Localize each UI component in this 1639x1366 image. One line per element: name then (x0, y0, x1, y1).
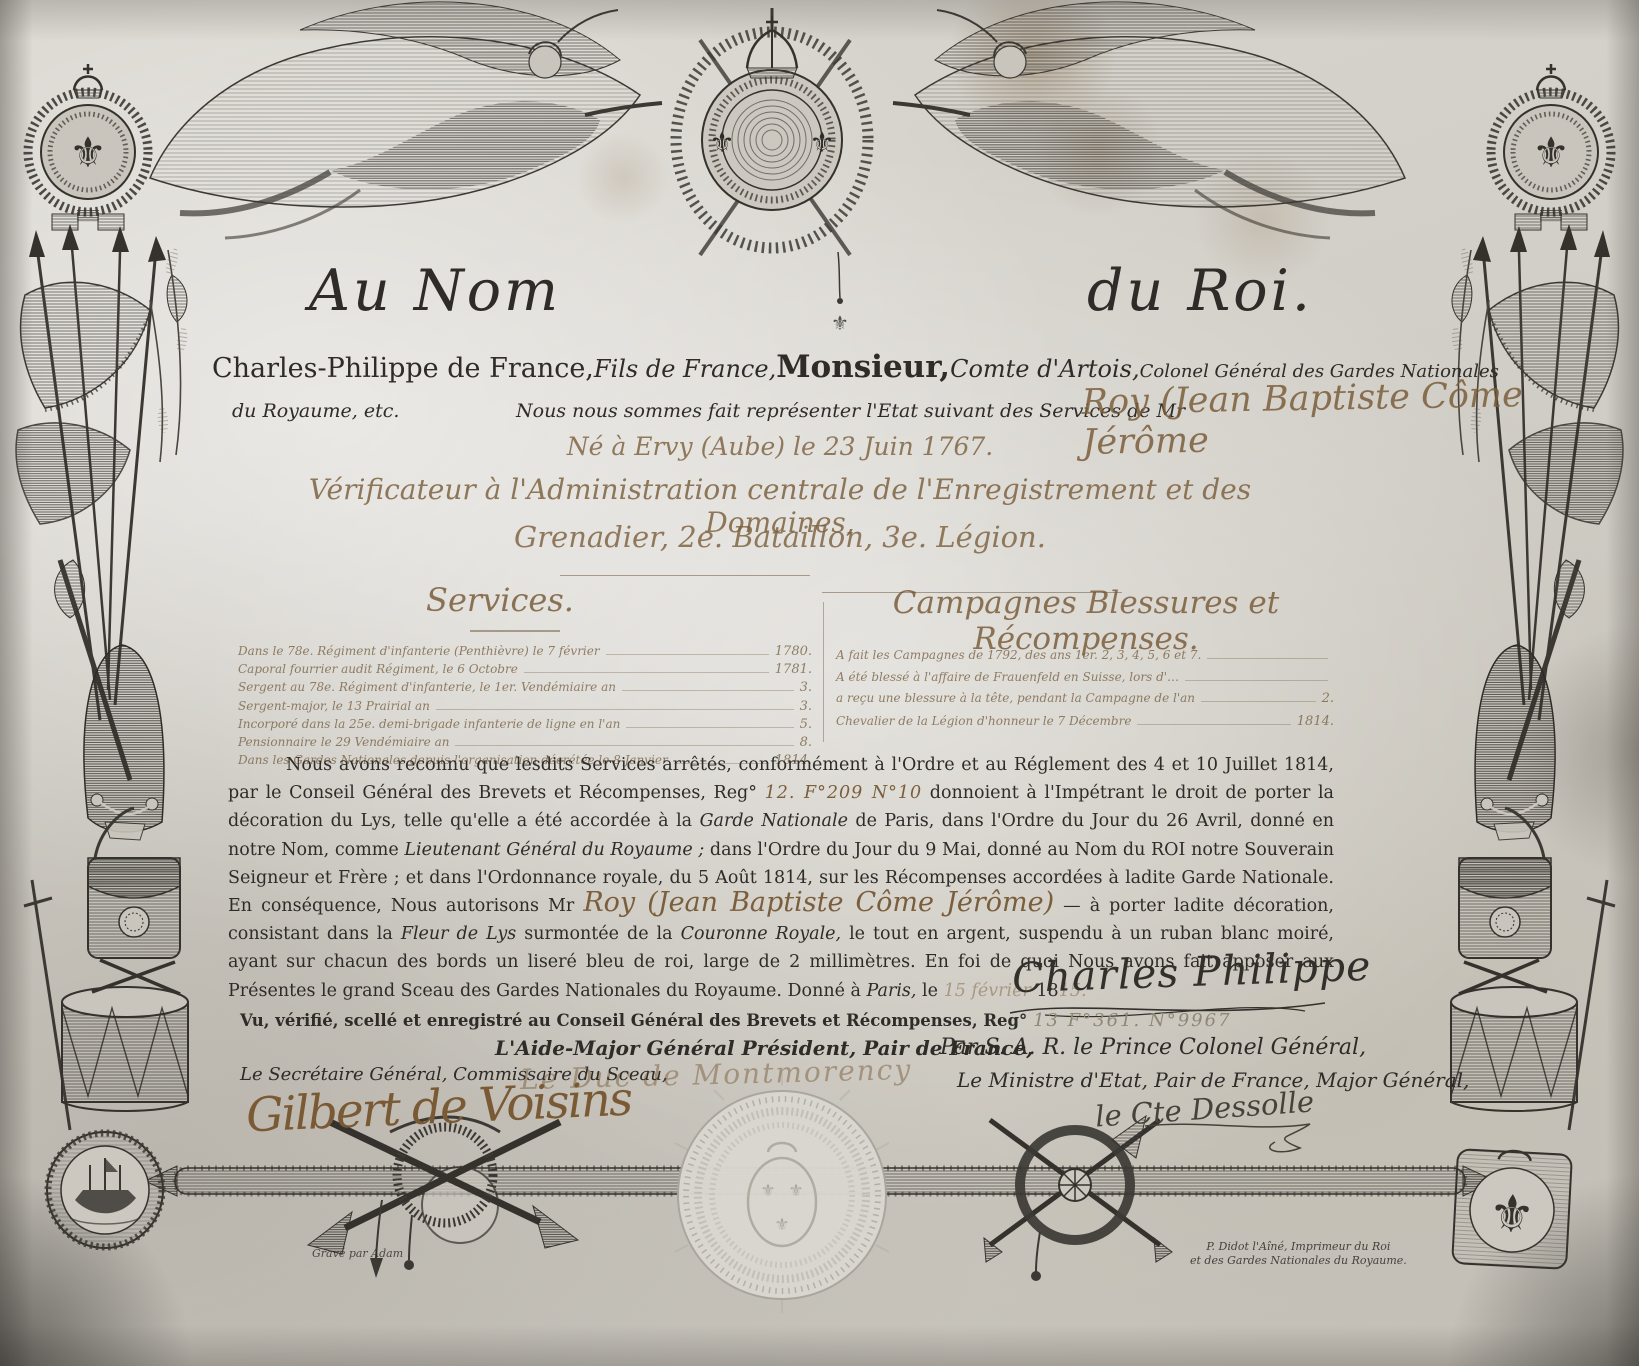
printer-credit-line2: et des Gardes Nationales du Royaume. (1190, 1254, 1407, 1268)
campaign-entry-text: A fait les Campagnes de 1792, des ans 1e… (836, 648, 1201, 662)
birth-line-handwritten: Né à Ervy (Aube) le 23 Juin 1767. (330, 432, 1230, 461)
recipient-name-inline-handwritten: Roy (Jean Baptiste Côme Jérôme) (583, 887, 1054, 918)
body-text: surmontée de la (516, 924, 680, 944)
service-entry-value: 3. (800, 680, 812, 695)
grantor-comte-artois: Comte d'Artois, (950, 355, 1140, 383)
service-entry-value: 5. (800, 717, 812, 732)
body-text-italic: Fleur de Lys (401, 924, 516, 944)
body-text: le (916, 981, 943, 1001)
certificate-document: ⚜ (0, 0, 1639, 1366)
leader-line (1201, 701, 1316, 702)
header-rule-right (822, 592, 1122, 593)
left-angel-engraving (150, 2, 662, 238)
campaign-entry-value: 1814. (1297, 714, 1334, 729)
register-number-handwritten: 12. F°209 N°10 (765, 783, 923, 803)
engraver-credit: Gravé par Adam (312, 1247, 403, 1260)
grantor-fils-de-france: Fils de France, (594, 355, 776, 383)
printer-credit-line1: P. Didot l'Aîné, Imprimeur du Roi (1190, 1240, 1407, 1254)
service-entry-value: 3. (800, 699, 812, 714)
service-entry-text: Sergent au 78e. Régiment d'infanterie, l… (238, 680, 616, 694)
service-entry-text: Incorporé dans la 25e. demi-brigade infa… (238, 717, 620, 731)
leader-line (626, 727, 793, 728)
royal-coat-of-arms: ⚜ ⚜ ⚜ (676, 8, 868, 335)
leader-line (524, 672, 769, 673)
hunting-horn-trophy (984, 1116, 1172, 1281)
header-rule-left (560, 575, 810, 576)
minister-title-line: Le Ministre d'Etat, Pair de France, Majo… (957, 1068, 1469, 1092)
service-entry: Pensionnaire le 29 Vendémiaire an8. (238, 735, 812, 750)
svg-text:⚜: ⚜ (1487, 1184, 1537, 1246)
du-royaume-etc: du Royaume, etc. (232, 400, 399, 422)
services-column-header: Services. (340, 581, 660, 619)
svg-text:⚜: ⚜ (831, 311, 849, 335)
bottom-left-ship-emblem (47, 1132, 163, 1248)
campaign-entry: Chevalier de la Légion d'honneur le 7 Dé… (836, 714, 1334, 729)
grantor-name: Charles-Philippe de France, (212, 353, 594, 384)
prince-colonel-general-line: Par S. A. R. le Prince Colonel Général, (940, 1035, 1366, 1060)
body-text-italic: Couronne Royale, (681, 924, 842, 944)
body-text-italic: Lieutenant Général du Royaume ; (404, 840, 704, 860)
title-du-roi: du Roi. (1010, 258, 1390, 324)
campaign-entry: a reçu une blessure à la tête, pendant l… (836, 691, 1334, 706)
body-text-italic: Paris, (867, 981, 917, 1001)
registration-number-handwritten: 13 F°361. N°9967 (1033, 1010, 1231, 1031)
services-underline (470, 630, 560, 632)
service-entry-text: Pensionnaire le 29 Vendémiaire an (238, 735, 449, 749)
right-trophy-border (1450, 64, 1623, 1130)
body-text-italic: Garde Nationale (700, 811, 848, 831)
column-divider (823, 602, 824, 742)
service-entry: Caporal fourrier audit Régiment, le 6 Oc… (238, 662, 812, 677)
grantor-monsieur: Monsieur, (776, 349, 950, 385)
title-au-nom: Au Nom (250, 258, 620, 324)
service-entry-value: 1781. (775, 662, 812, 677)
service-entry-text: Dans le 78e. Régiment d'infanterie (Pent… (238, 644, 600, 658)
service-entry: Incorporé dans la 25e. demi-brigade infa… (238, 717, 812, 732)
campaign-entry: A été blessé à l'affaire de Frauenfeld e… (836, 670, 1334, 684)
registration-printed-text: Vu, vérifié, scellé et enregistré au Con… (240, 1011, 1027, 1030)
embossed-wax-seal: ⚜ ⚜ ⚜ (675, 1072, 889, 1313)
right-angel-engraving (893, 2, 1405, 238)
service-entry: Sergent-major, le 13 Prairial an3. (238, 699, 812, 714)
leader-line (606, 654, 769, 655)
bottom-garland-pole (145, 1166, 1495, 1196)
campaigns-column-header: Campagnes Blessures et Récompenses. (836, 585, 1336, 657)
leader-line (622, 690, 794, 691)
campaign-entry-text: a reçu une blessure à la tête, pendant l… (836, 691, 1195, 705)
unit-line-handwritten: Grenadier, 2e. Bataillon, 3e. Légion. (330, 520, 1230, 554)
leader-line (455, 745, 793, 746)
service-entry: Dans le 78e. Régiment d'infanterie (Pent… (238, 644, 812, 659)
service-entry-text: Sergent-major, le 13 Prairial an (238, 699, 430, 713)
campaign-entry-value: 2. (1322, 691, 1334, 706)
campaign-entry-text: Chevalier de la Légion d'honneur le 7 Dé… (836, 714, 1131, 728)
svg-text:⚜: ⚜ (788, 1181, 803, 1201)
svg-text:⚜: ⚜ (709, 126, 734, 159)
registration-line: Vu, vérifié, scellé et enregistré au Con… (240, 1010, 1232, 1031)
printer-credit: P. Didot l'Aîné, Imprimeur du Roi et des… (1190, 1240, 1407, 1268)
grantor-name-line: Charles-Philippe de France, Fils de Fran… (212, 349, 1334, 385)
leader-line (1207, 658, 1328, 659)
svg-text:⚜: ⚜ (760, 1181, 775, 1201)
service-entry-value: 1780. (775, 644, 812, 659)
campaigns-entry-list: A fait les Campagnes de 1792, des ans 1e… (836, 648, 1334, 736)
leader-line (1137, 724, 1290, 725)
leader-line (436, 709, 794, 710)
bottom-right-fleur-emblem: ⚜ (1452, 1148, 1572, 1269)
left-trophy-border (16, 64, 189, 1130)
service-entry: Sergent au 78e. Régiment d'infanterie, l… (238, 680, 812, 695)
svg-text:⚜: ⚜ (774, 1215, 789, 1235)
leader-line (1185, 680, 1328, 681)
service-entry-value: 8. (800, 735, 812, 750)
service-entry-text: Caporal fourrier audit Régiment, le 6 Oc… (238, 662, 518, 676)
svg-text:⚜: ⚜ (809, 126, 834, 159)
campaign-entry-text: A été blessé à l'affaire de Frauenfeld e… (836, 670, 1179, 684)
campaign-entry: A fait les Campagnes de 1792, des ans 1e… (836, 648, 1334, 662)
